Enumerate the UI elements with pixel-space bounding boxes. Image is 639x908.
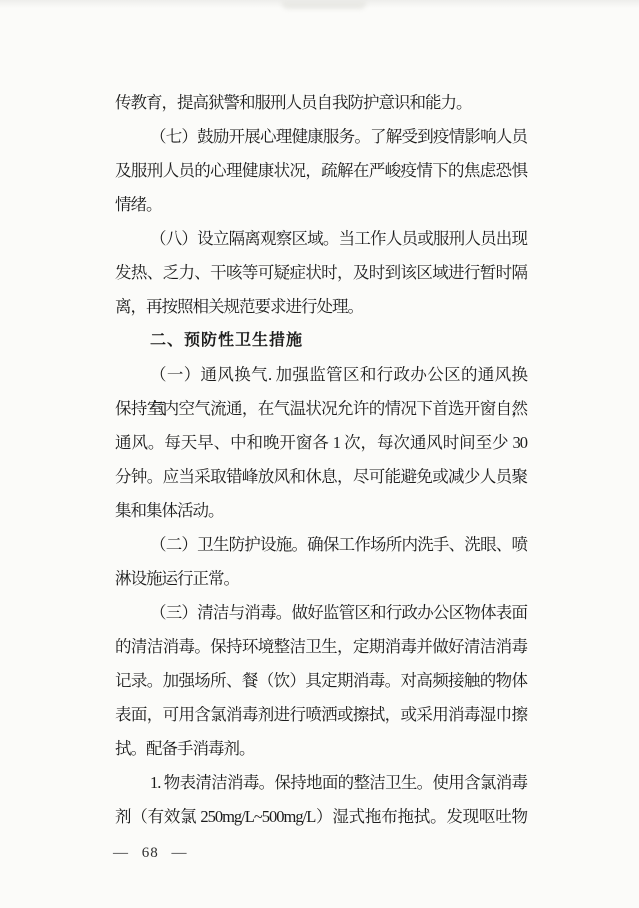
scan-artifact bbox=[282, 0, 366, 9]
text-line: 传教育，提高狱警和服刑人员自我防护意识和能力。 bbox=[115, 86, 527, 120]
scanned-page: 传教育，提高狱警和服刑人员自我防护意识和能力。（七）鼓励开展心理健康服务。了解受… bbox=[0, 0, 639, 908]
text-line: （七）鼓励开展心理健康服务。了解受到疫情影响人员 bbox=[115, 120, 527, 154]
text-line: 分钟。应当采取错峰放风和休息，尽可能避免或减少人员聚 bbox=[115, 460, 527, 494]
text-line: 集和集体活动。 bbox=[115, 494, 527, 528]
text-line: 离，再按照相关规范要求进行处理。 bbox=[115, 290, 527, 324]
text-line: 记录。加强场所、餐（饮）具定期消毒。对高频接触的物体 bbox=[115, 664, 527, 698]
text-line: 淋设施运行正常。 bbox=[115, 562, 527, 596]
text-line: 拭。配备手消毒剂。 bbox=[115, 732, 527, 766]
text-line: （二）卫生防护设施。确保工作场所内洗手、洗眼、喷 bbox=[115, 528, 527, 562]
text-line: 保持室内空气流通，在气温状况允许的情况下首选开窗自然 bbox=[115, 392, 527, 426]
text-line: （三）清洁与消毒。做好监管区和行政办公区物体表面 bbox=[115, 596, 527, 630]
text-line: 情绪。 bbox=[115, 188, 527, 222]
text-line: （一）通风换气. 加强监管区和行政办公区的通风换气， bbox=[115, 358, 527, 392]
page-number: — 68 — bbox=[113, 845, 188, 862]
text-line: （八）设立隔离观察区域。当工作人员或服刑人员出现 bbox=[115, 222, 527, 256]
text-line: 的清洁消毒。保持环境整洁卫生，定期消毒并做好清洁消毒 bbox=[115, 630, 527, 664]
text-line: 剂（有效氯 250mg/L~500mg/L）湿式拖布拖拭。发现呕吐物 bbox=[115, 800, 527, 834]
text-line: 通风。每天早、中和晚开窗各 1 次，每次通风时间至少 30 bbox=[115, 426, 527, 460]
text-line: 1. 物表清洁消毒。保持地面的整洁卫生。使用含氯消毒 bbox=[115, 766, 527, 800]
section-heading: 二、预防性卫生措施 bbox=[115, 324, 527, 358]
text-line: 表面，可用含氯消毒剂进行喷洒或擦拭，或采用消毒湿巾擦 bbox=[115, 698, 527, 732]
text-line: 及服刑人员的心理健康状况，疏解在严峻疫情下的焦虑恐惧 bbox=[115, 154, 527, 188]
text-line: 发热、乏力、干咳等可疑症状时，及时到该区域进行暂时隔 bbox=[115, 256, 527, 290]
document-body: 传教育，提高狱警和服刑人员自我防护意识和能力。（七）鼓励开展心理健康服务。了解受… bbox=[115, 86, 527, 834]
